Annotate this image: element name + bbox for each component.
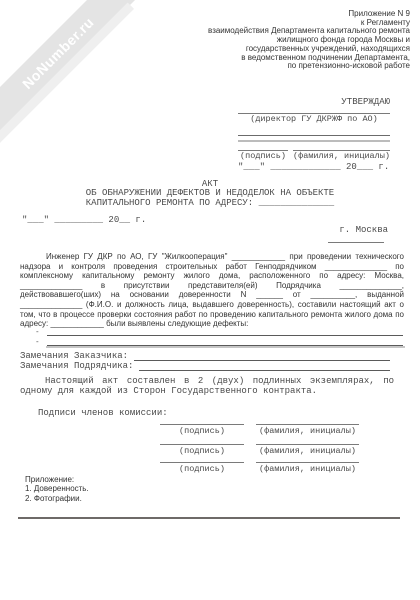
document-page: NoNumber.ru Приложение N 9 к Регламенту … xyxy=(0,0,420,600)
defect-blank-line xyxy=(47,336,403,346)
approval-signature-line-gray xyxy=(238,140,390,142)
attachments-heading: Приложение: xyxy=(25,475,89,484)
approval-label: УТВЕРЖДАЮ xyxy=(238,98,390,107)
approval-sign-caption: (подпись) xyxy=(238,150,288,161)
signature-name-caption: (фамилия, инициалы) xyxy=(256,462,359,474)
attachment-item: 2. Фотографии. xyxy=(25,494,89,503)
defect-line-row: - xyxy=(36,326,403,336)
signature-row: (подпись) (фамилия, инициалы) xyxy=(160,462,359,474)
approval-captions: (подпись) (фамилия, инициалы) xyxy=(238,150,390,161)
copies-paragraph: Настоящий акт составлен в 2 (двух) подли… xyxy=(20,377,394,397)
city-label: г. Москва xyxy=(339,225,388,235)
signatures-heading: Подписи членов комиссии: xyxy=(38,408,168,418)
attachments-block: Приложение: 1. Доверенность. 2. Фотограф… xyxy=(25,475,89,503)
remark-customer-row: Замечания Заказчика: xyxy=(20,351,390,361)
signature-sign-caption: (подпись) xyxy=(160,444,244,456)
remark-contractor-blank xyxy=(139,361,390,371)
remark-customer-blank xyxy=(134,351,390,361)
city-underline xyxy=(328,242,384,243)
act-title: АКТ ОБ ОБНАРУЖЕНИИ ДЕФЕКТОВ И НЕДОДЕЛОК … xyxy=(0,180,420,208)
signature-sign-caption: (подпись) xyxy=(160,462,244,474)
signature-name-caption: (фамилия, инициалы) xyxy=(256,424,359,436)
annex-header: Приложение N 9 к Регламенту взаимодейств… xyxy=(208,10,410,71)
signature-row: (подпись) (фамилия, инициалы) xyxy=(160,424,359,436)
attachment-item: 1. Доверенность. xyxy=(25,484,89,493)
signature-name-caption: (фамилия, инициалы) xyxy=(256,444,359,456)
watermark-ribbon: NoNumber.ru xyxy=(0,0,155,150)
remark-contractor-row: Замечания Подрядчика: xyxy=(20,361,390,371)
approval-name-caption: (фамилия, инициалы) xyxy=(293,150,390,161)
defect-blank-line-gray xyxy=(46,346,405,348)
signature-sign-caption: (подпись) xyxy=(160,424,244,436)
defect-bullet: - xyxy=(36,328,39,336)
main-paragraph: Инженер ГУ ДКР по АО, ГУ "Жилкооперация"… xyxy=(20,252,404,329)
act-title-line3: КАПИТАЛЬНОГО РЕМОНТА ПО АДРЕСУ: ________… xyxy=(0,199,420,208)
remark-contractor-label: Замечания Подрядчика: xyxy=(20,362,133,371)
date-blank: "___" _________ 20__ г. xyxy=(22,215,146,225)
bottom-divider xyxy=(18,517,400,519)
approval-date-blank: "___" _____________ 20___ г. xyxy=(238,163,390,172)
approval-block: УТВЕРЖДАЮ (директор ГУ ДКРЖФ по АО) (под… xyxy=(238,98,390,172)
defect-bullet: - xyxy=(36,338,39,346)
signature-row: (подпись) (фамилия, инициалы) xyxy=(160,444,359,456)
approval-director-caption: (директор ГУ ДКРЖФ по АО) xyxy=(238,113,390,124)
annex-header-line: по претензионно-исковой работе xyxy=(208,62,410,71)
approval-signature-line xyxy=(238,135,390,136)
defect-blank-line xyxy=(47,326,403,336)
defect-line-row: - xyxy=(36,336,403,346)
remark-customer-label: Замечания Заказчика: xyxy=(20,352,128,361)
